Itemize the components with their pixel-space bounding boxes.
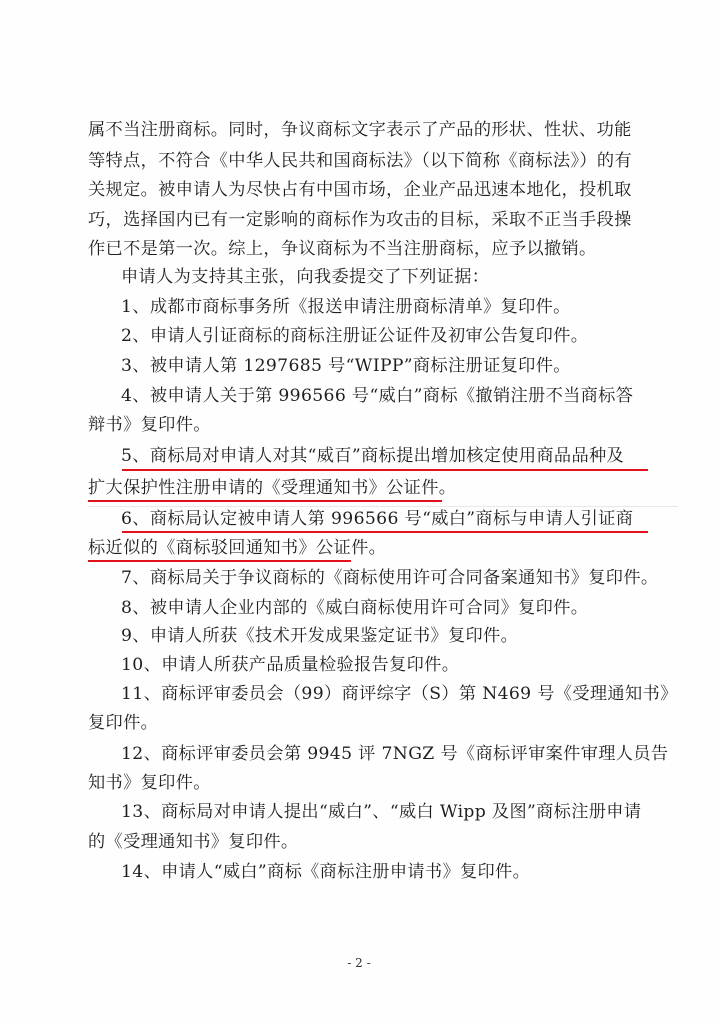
intro-line-2: 等特点，不符合《中华人民共和国商标法》（以下简称《商标法》）的有 <box>88 150 668 172</box>
page-number: - 2 - <box>0 956 718 970</box>
red-underline <box>122 531 648 533</box>
intro-line-3: 关规定。被申请人为尽快占有中国市场，企业产品迅速本地化，投机取 <box>88 179 668 201</box>
intro-line-1: 属不当注册商标。同时，争议商标文字表示了产品的形状、性状、功能 <box>88 119 668 141</box>
evidence-item-4-line-1: 4、被申请人关于第 996566 号“威白”商标《撤销注册不当商标答 <box>121 385 701 407</box>
evidence-item-7: 7、商标局关于争议商标的《商标使用许可合同备案通知书》复印件。 <box>121 567 701 589</box>
evidence-intro: 申请人为支持其主张，向我委提交了下列证据： <box>121 266 701 288</box>
evidence-item-10: 10、申请人所获产品质量检验报告复印件。 <box>121 654 701 676</box>
evidence-item-14: 14、申请人“威白”商标《商标注册申请书》复印件。 <box>121 861 701 883</box>
evidence-item-12-line-2: 知书》复印件。 <box>88 772 668 794</box>
evidence-item-6-line-1: 6、商标局认定被申请人第 996566 号“威白”商标与申请人引证商 <box>121 508 701 530</box>
evidence-item-8: 8、被申请人企业内部的《威白商标使用许可合同》复印件。 <box>121 597 701 619</box>
scan-artifact <box>88 506 678 507</box>
evidence-item-12-line-1: 12、商标评审委员会第 9945 评 7NGZ 号《商标评审案件审理人员告 <box>121 743 701 765</box>
red-underline <box>88 560 351 562</box>
red-underline <box>88 500 442 502</box>
evidence-item-9: 9、申请人所获《技术开发成果鉴定证书》复印件。 <box>121 625 701 647</box>
intro-line-4: 巧，选择国内已有一定影响的商标作为攻击的目标，采取不正当手段操 <box>88 209 668 231</box>
red-underline <box>122 469 648 471</box>
evidence-item-2: 2、申请人引证商标的商标注册证公证件及初审公告复印件。 <box>121 325 701 347</box>
evidence-item-3: 3、被申请人第 1297685 号“WIPP”商标注册证复印件。 <box>121 355 701 377</box>
evidence-item-11-line-1: 11、商标评审委员会（99）商评综字（S）第 N469 号《受理通知书》 <box>121 683 701 705</box>
evidence-item-11-line-2: 复印件。 <box>88 712 668 734</box>
evidence-item-13-line-2: 的《受理通知书》复印件。 <box>88 831 668 853</box>
evidence-item-6-line-2: 标近似的《商标驳回通知书》公证件。 <box>88 537 668 559</box>
evidence-item-5-line-2: 扩大保护性注册申请的《受理通知书》公证件。 <box>88 477 668 499</box>
intro-line-5: 作已不是第一次。综上，争议商标为不当注册商标，应予以撤销。 <box>88 238 668 260</box>
document-page: 属不当注册商标。同时，争议商标文字表示了产品的形状、性状、功能 等特点，不符合《… <box>0 0 718 1024</box>
evidence-item-1: 1、成都市商标事务所《报送申请注册商标清单》复印件。 <box>121 296 701 318</box>
evidence-item-4-line-2: 辩书》复印件。 <box>88 414 668 436</box>
evidence-item-13-line-1: 13、商标局对申请人提出“威白”、“威白 Wipp 及图”商标注册申请 <box>121 801 701 823</box>
evidence-item-5-line-1: 5、商标局对申请人对其“威百”商标提出增加核定使用商品品种及 <box>121 445 701 467</box>
